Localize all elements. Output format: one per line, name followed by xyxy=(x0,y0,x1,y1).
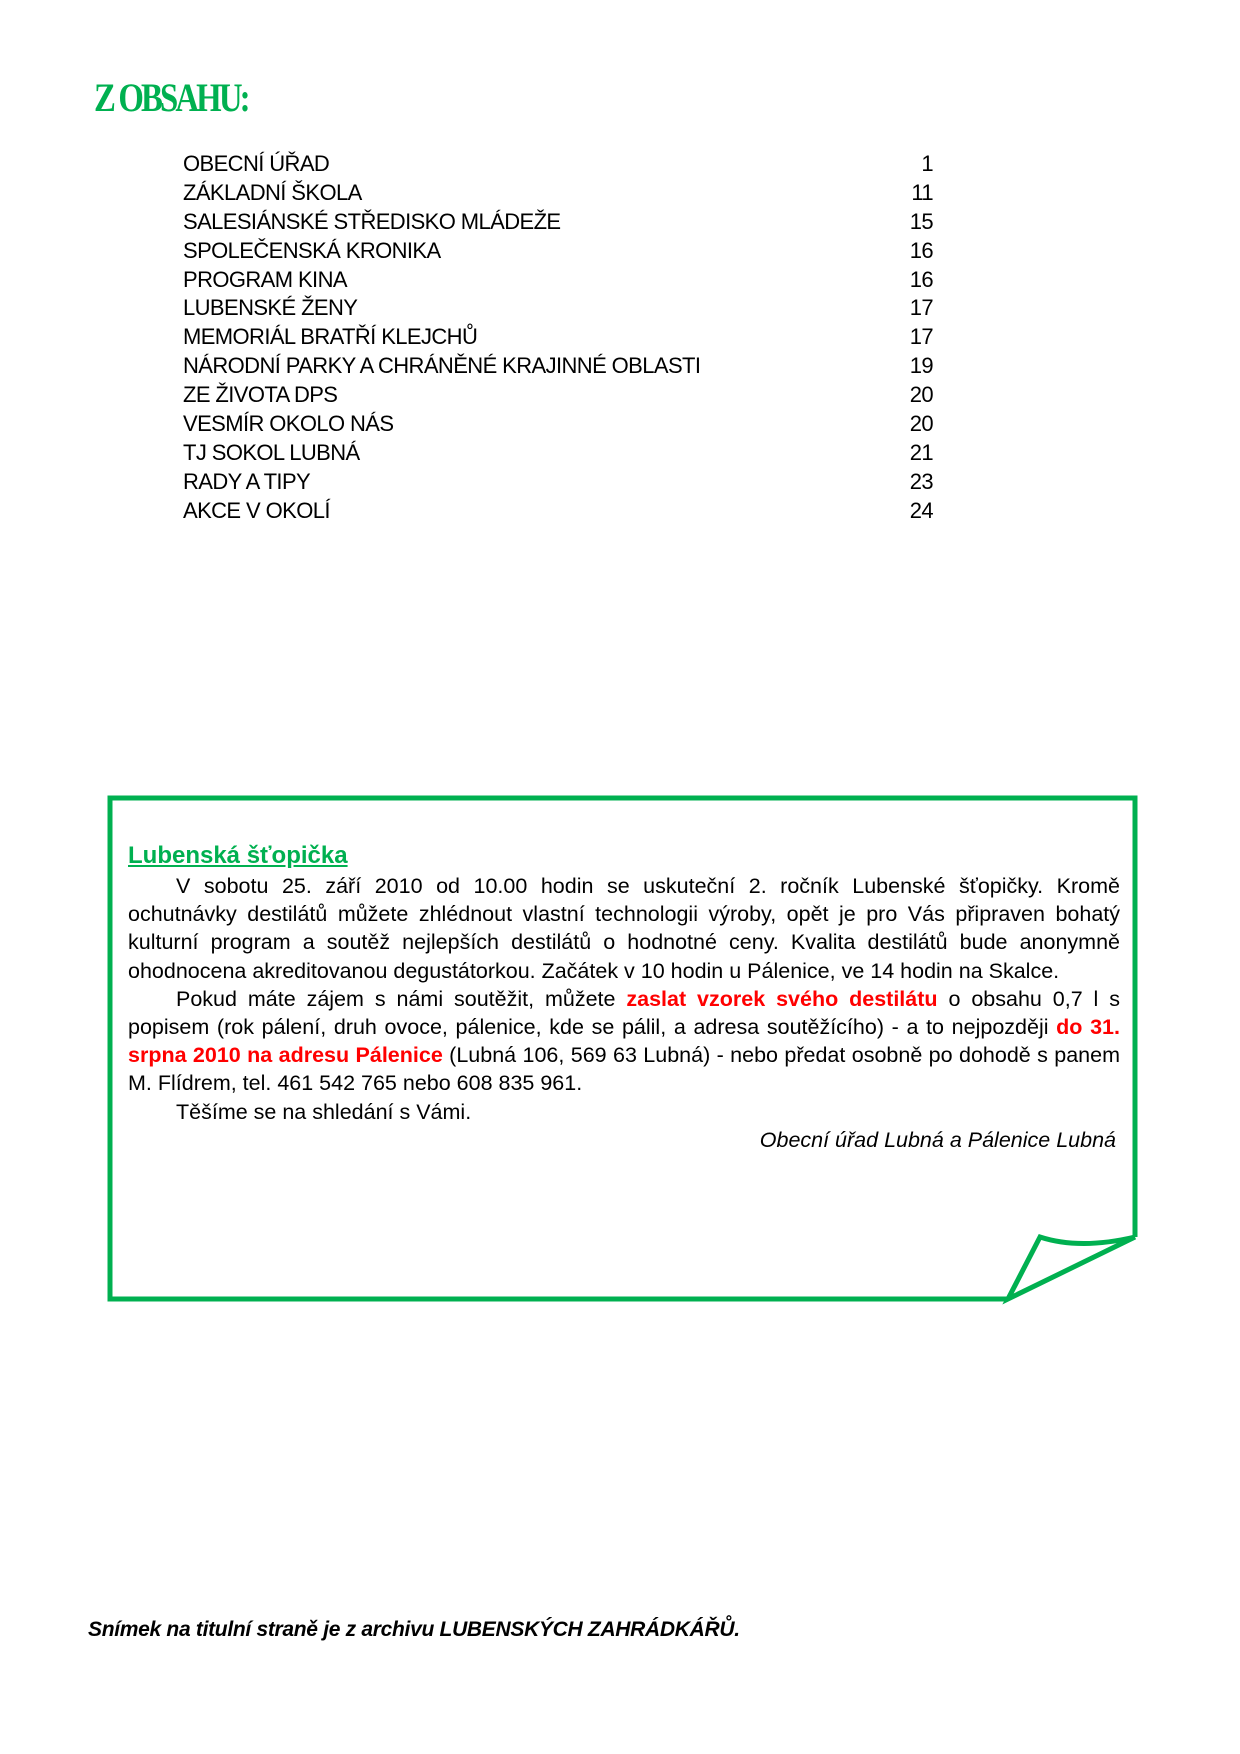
notice-signature: Obecní úřad Lubná a Pálenice Lubná xyxy=(128,1126,1120,1154)
notice-paragraph-1: V sobotu 25. září 2010 od 10.00 hodin se… xyxy=(128,872,1120,985)
notice-box: Lubenská šťopička V sobotu 25. září 2010… xyxy=(128,840,1120,1154)
highlight-sample: zaslat vzorek svého destilátu xyxy=(626,987,937,1011)
notice-text: Pokud máte zájem s námi soutěžit, můžete xyxy=(176,987,626,1011)
notice-paragraph-3: Těšíme se na shledání s Vámi. xyxy=(128,1098,1120,1126)
notice-title: Lubenská šťopička xyxy=(128,840,348,872)
footer-note: Snímek na titulní straně je z archivu LU… xyxy=(88,1618,740,1642)
notice-paragraph-2: Pokud máte zájem s námi soutěžit, můžete… xyxy=(128,985,1120,1098)
